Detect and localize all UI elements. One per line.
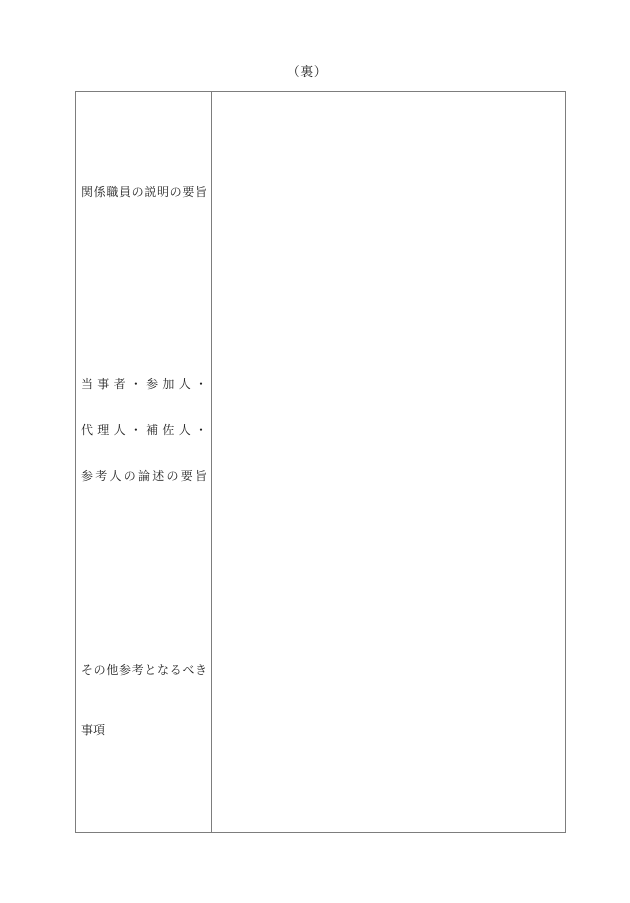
content-cell-parties-statement xyxy=(212,292,565,567)
label-cell-staff-explanation: 関係職員の説明の要旨 xyxy=(76,92,212,292)
document-page: （裏） 関係職員の説明の要旨 当事者・参加人・ 代理人・補佐人・ 参考人の論述の… xyxy=(0,0,630,903)
label-parties-statement-line-1: 当事者・参加人・ xyxy=(81,361,207,407)
label-staff-explanation: 関係職員の説明の要旨 xyxy=(81,183,207,201)
content-cell-other-reference xyxy=(212,567,565,832)
content-cell-staff-explanation xyxy=(212,92,565,292)
page-title: （裏） xyxy=(0,61,614,80)
label-parties-statement-line-3: 参考人の論述の要旨 xyxy=(81,453,207,499)
label-cell-other-reference: その他参考となるべき 事項 xyxy=(76,567,212,832)
label-parties-statement-line-2: 代理人・補佐人・ xyxy=(81,407,207,453)
label-cell-parties-statement: 当事者・参加人・ 代理人・補佐人・ 参考人の論述の要旨 xyxy=(76,292,212,567)
form-table: 関係職員の説明の要旨 当事者・参加人・ 代理人・補佐人・ 参考人の論述の要旨 そ… xyxy=(75,91,566,833)
label-other-reference-line-2: 事項 xyxy=(81,700,207,760)
label-other-reference-line-1: その他参考となるべき xyxy=(81,640,207,700)
